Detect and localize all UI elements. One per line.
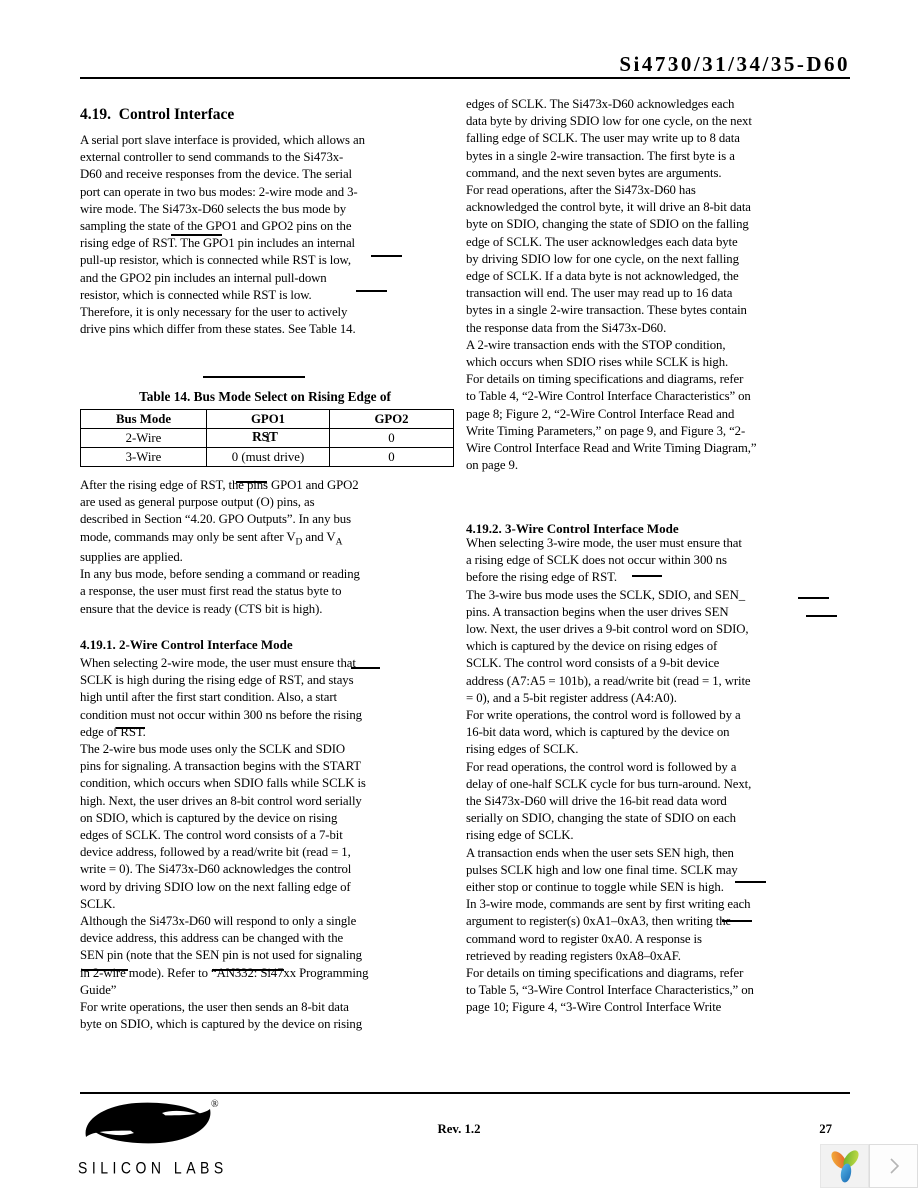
overline-artifact bbox=[351, 667, 380, 669]
browser-overlay-widget bbox=[820, 1144, 918, 1188]
datasheet-page: Si4730/31/34/35-D60 4.19. Control Interf… bbox=[0, 0, 918, 1188]
overline-artifact bbox=[798, 597, 829, 599]
table-header-row: Bus Mode GPO1 GPO2 bbox=[81, 410, 454, 429]
cell-gpo2: 0 bbox=[330, 448, 454, 467]
cell-bus-mode: 3-Wire bbox=[81, 448, 207, 467]
overline-artifact bbox=[171, 234, 222, 236]
cell-gpo1: 0 (must drive) bbox=[207, 448, 330, 467]
overline-artifact bbox=[722, 920, 752, 922]
table-caption-line1: Table 14. Bus Mode Select on Rising Edge… bbox=[80, 387, 450, 407]
paragraph: When selecting 3-wire mode, the user mus… bbox=[466, 535, 811, 1017]
registered-mark: ® bbox=[211, 1099, 219, 1110]
chevron-right-icon bbox=[886, 1156, 902, 1176]
header-rule bbox=[80, 77, 850, 79]
paragraph: supplies are applied. In any bus mode, b… bbox=[80, 549, 425, 618]
paragraph: A serial port slave interface is provide… bbox=[80, 132, 425, 338]
brand-name: SILICON LABS bbox=[78, 1158, 228, 1177]
cell-gpo1: 1 bbox=[207, 429, 330, 448]
section-heading-4-19-1: 4.19.1. 2-Wire Control Interface Mode bbox=[80, 637, 293, 653]
col-header-gpo2: GPO2 bbox=[330, 410, 454, 429]
paragraph: When selecting 2-wire mode, the user mus… bbox=[80, 655, 425, 1033]
paragraph: After the rising edge of RST, the pins G… bbox=[80, 477, 425, 546]
doc-title: Si4730/31/34/35-D60 bbox=[619, 52, 850, 77]
overline-artifact bbox=[212, 969, 284, 971]
overline-artifact bbox=[116, 727, 145, 729]
overline-artifact bbox=[632, 575, 662, 577]
col-header-bus-mode: Bus Mode bbox=[81, 410, 207, 429]
overline-artifact bbox=[735, 881, 766, 883]
overline-artifact bbox=[81, 969, 128, 971]
petals-icon bbox=[829, 1148, 861, 1184]
overline-artifact bbox=[356, 290, 387, 292]
cell-gpo2: 0 bbox=[330, 429, 454, 448]
overlay-expand-button[interactable] bbox=[869, 1144, 918, 1188]
table-row: 3-Wire 0 (must drive) 0 bbox=[81, 448, 454, 467]
page-number: 27 bbox=[819, 1122, 832, 1137]
cell-bus-mode: 2-Wire bbox=[81, 429, 207, 448]
overline-artifact bbox=[203, 376, 305, 378]
overlay-logo-button[interactable] bbox=[820, 1144, 869, 1188]
overline-artifact bbox=[806, 615, 837, 617]
revision-label: Rev. 1.2 bbox=[0, 1122, 918, 1137]
section-heading-4-19: 4.19. Control Interface bbox=[80, 106, 234, 124]
table-row: 2-Wire 1 0 bbox=[81, 429, 454, 448]
paragraph: edges of SCLK. The Si473x-D60 acknowledg… bbox=[466, 96, 811, 474]
overline-artifact bbox=[371, 255, 402, 257]
overline-artifact bbox=[236, 481, 267, 483]
col-header-gpo1: GPO1 bbox=[207, 410, 330, 429]
footer-rule bbox=[80, 1092, 850, 1094]
bus-mode-table: Bus Mode GPO1 GPO2 2-Wire 1 0 3-Wire 0 (… bbox=[80, 409, 454, 467]
